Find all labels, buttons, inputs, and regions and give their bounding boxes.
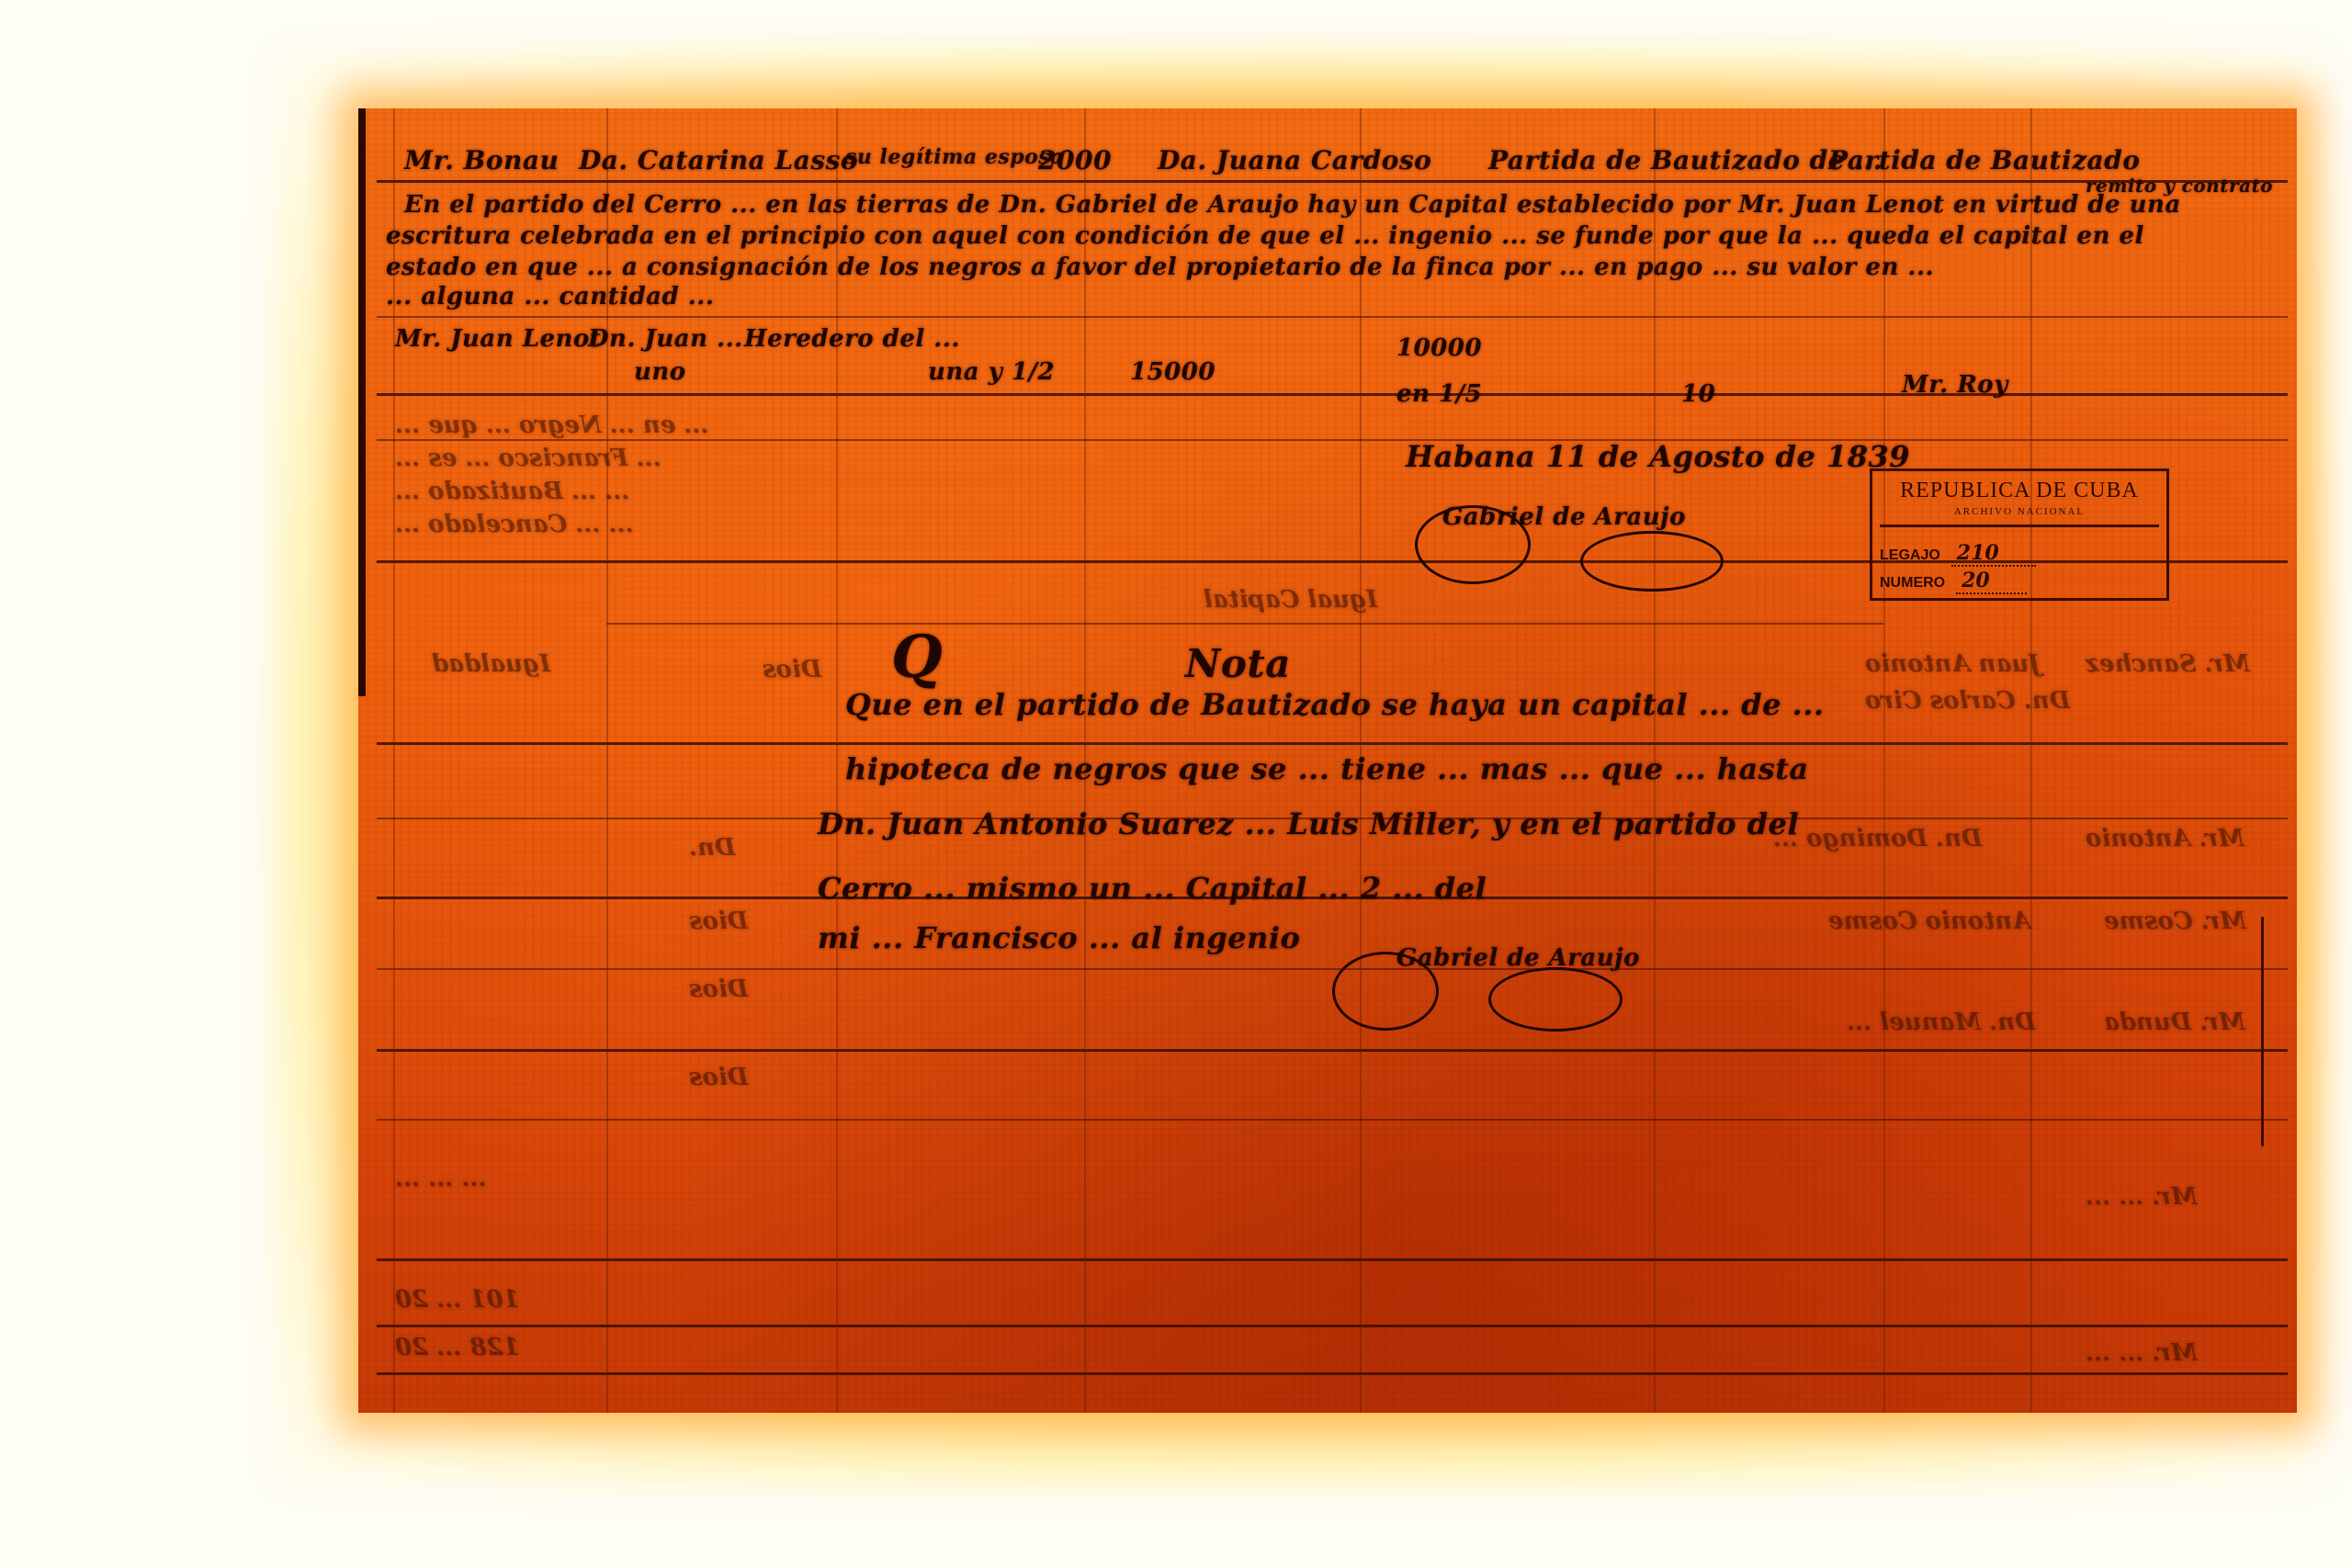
- bleed-through-text: Dn. Carlos Ciro: [1865, 687, 2070, 715]
- bleed-through-text: Mr. Dunda: [2104, 1009, 2245, 1036]
- intro-line: ... alguna ... cantidad ...: [386, 283, 714, 310]
- row2-fraction: una y 1/2: [928, 358, 1055, 386]
- header-col2: Da. Catarina Lasso: [579, 145, 858, 175]
- stamp-rule: [1880, 525, 2159, 527]
- signature-flourish: [1332, 952, 1439, 1031]
- bleed-through-text: ... Francisco ... es ...: [395, 445, 661, 472]
- row2-name: Mr. Juan Lenot: [395, 325, 601, 353]
- row2-term: en 1/5: [1396, 380, 1482, 408]
- numero-value: 20: [1956, 569, 2027, 594]
- rule-line: [377, 1372, 2288, 1375]
- bleed-through-text: Dios: [689, 1064, 748, 1091]
- stamp-subtitle: ARCHIVO NACIONAL: [1872, 506, 2166, 517]
- signature-flourish: [1488, 967, 1623, 1032]
- row2-notes: Heredero del ...: [744, 325, 960, 353]
- numero-label: NUMERO: [1880, 575, 1945, 591]
- bleed-through-text: ... ... Bautizado ...: [395, 478, 629, 505]
- bleed-through-text: Mr. ... ...: [2086, 1183, 2198, 1211]
- rule-line: [377, 968, 2288, 970]
- legajo-label: LEGAJO: [1880, 547, 1940, 563]
- header-col1: Mr. Bonau: [404, 145, 559, 175]
- bleed-through-text: Juan Antonio: [1865, 650, 2041, 678]
- rule-line: [377, 316, 2288, 318]
- bleed-through-text: 101 ... 20: [395, 1286, 520, 1314]
- bleed-through-text: Dn. Domingo ...: [1773, 825, 1982, 852]
- bleed-through-text: Dios: [689, 976, 748, 1003]
- rule-line: [606, 623, 1883, 625]
- nota-line: Que en el partido de Bautizado se haya u…: [845, 687, 1825, 722]
- nota-initial: Q: [891, 623, 943, 692]
- header-col3: su legítima esposa: [845, 145, 1064, 169]
- bleed-through-text: Dios: [763, 656, 821, 683]
- bleed-through-text: Mr. Cosme: [2104, 908, 2246, 935]
- nota-line: hipoteca de negros que se ... tiene ... …: [845, 751, 1809, 786]
- header-col6: Partida de Bautizado de ...: [1488, 145, 1883, 175]
- bleed-through-text: Dn. Manuel ...: [1847, 1009, 2036, 1036]
- header-col7: Partida de Bautizado: [1828, 145, 2140, 175]
- legajo-value: 210: [1951, 541, 2036, 567]
- intro-line: estado en que ... a consignación de los …: [386, 254, 1934, 281]
- column-line: [2030, 108, 2032, 1413]
- capital-label: Igual Capital: [1204, 586, 1377, 614]
- nota-line: Dn. Juan Antonio Suarez ... Luis Miller,…: [818, 807, 1799, 841]
- rule-line: [377, 1325, 2288, 1327]
- rule-line: [377, 439, 2288, 441]
- rule-line: [377, 742, 2288, 745]
- nota-line: Cerro ... mismo un ... Capital ... 2 ...…: [818, 871, 1487, 906]
- stamp-legajo: LEGAJO210: [1880, 541, 2159, 565]
- row2-ref: Mr. Roy: [1902, 371, 2008, 399]
- row2-years: uno: [634, 358, 686, 386]
- margin-bracket: [2261, 917, 2269, 1146]
- bleed-through-text: Igualdad: [432, 650, 550, 678]
- bleed-through-text: 128 ... 20: [395, 1334, 520, 1361]
- column-line: [836, 108, 838, 1413]
- archive-stamp: REPUBLICA DE CUBA ARCHIVO NACIONAL LEGAJ…: [1870, 468, 2169, 601]
- rule-line: [377, 1049, 2288, 1052]
- bleed-through-text: Dn.: [689, 834, 736, 862]
- bleed-through-text: Mr. Antonio: [2086, 825, 2245, 852]
- nota-line: mi ... Francisco ... al ingenio: [818, 920, 1300, 955]
- bleed-through-text: Dios: [689, 908, 748, 935]
- intro-line: escritura celebrada en el principio con …: [386, 222, 2144, 250]
- left-binding-edge: [358, 108, 366, 696]
- rule-line: [377, 1119, 2288, 1121]
- nota-title: Nota: [1185, 641, 1291, 686]
- rule-line: [377, 180, 2288, 183]
- date-line: Habana 11 de Agosto de 1839: [1406, 439, 1910, 474]
- stamp-title: REPUBLICA DE CUBA: [1872, 479, 2166, 503]
- bleed-through-text: ... ... Cancelado ...: [395, 511, 634, 538]
- signature-flourish: [1580, 531, 1724, 592]
- stamp-numero: NUMERO20: [1880, 569, 2159, 592]
- bleed-through-text: Mr. ... ...: [2086, 1339, 2198, 1367]
- document-page: Mr. Bonau Da. Catarina Lasso su legítima…: [358, 108, 2297, 1413]
- header-col5: Da. Juana Cardoso: [1158, 145, 1431, 175]
- bleed-through-text: Mr. Sanchez: [2086, 650, 2250, 678]
- header-amount: 2000: [1038, 145, 1112, 175]
- row2-capital: 15000: [1130, 358, 1216, 386]
- row2-capital2: 10000: [1396, 334, 1482, 362]
- bleed-through-text: Antonio Cosme: [1828, 908, 2030, 935]
- rule-line: [377, 1258, 2288, 1261]
- signature-flourish: [1415, 505, 1531, 584]
- row2-heir: Dn. Juan ...: [588, 325, 743, 353]
- bleed-through-text: ... en ... Negro ... que ...: [395, 412, 709, 439]
- signature-2: Gabriel de Araujo: [1396, 944, 1640, 972]
- row2-count: 10: [1681, 380, 1715, 408]
- bleed-through-text: ... ... ...: [395, 1165, 487, 1192]
- column-line: [1883, 108, 1885, 1413]
- intro-line: En el partido del Cerro ... en las tierr…: [404, 191, 2181, 219]
